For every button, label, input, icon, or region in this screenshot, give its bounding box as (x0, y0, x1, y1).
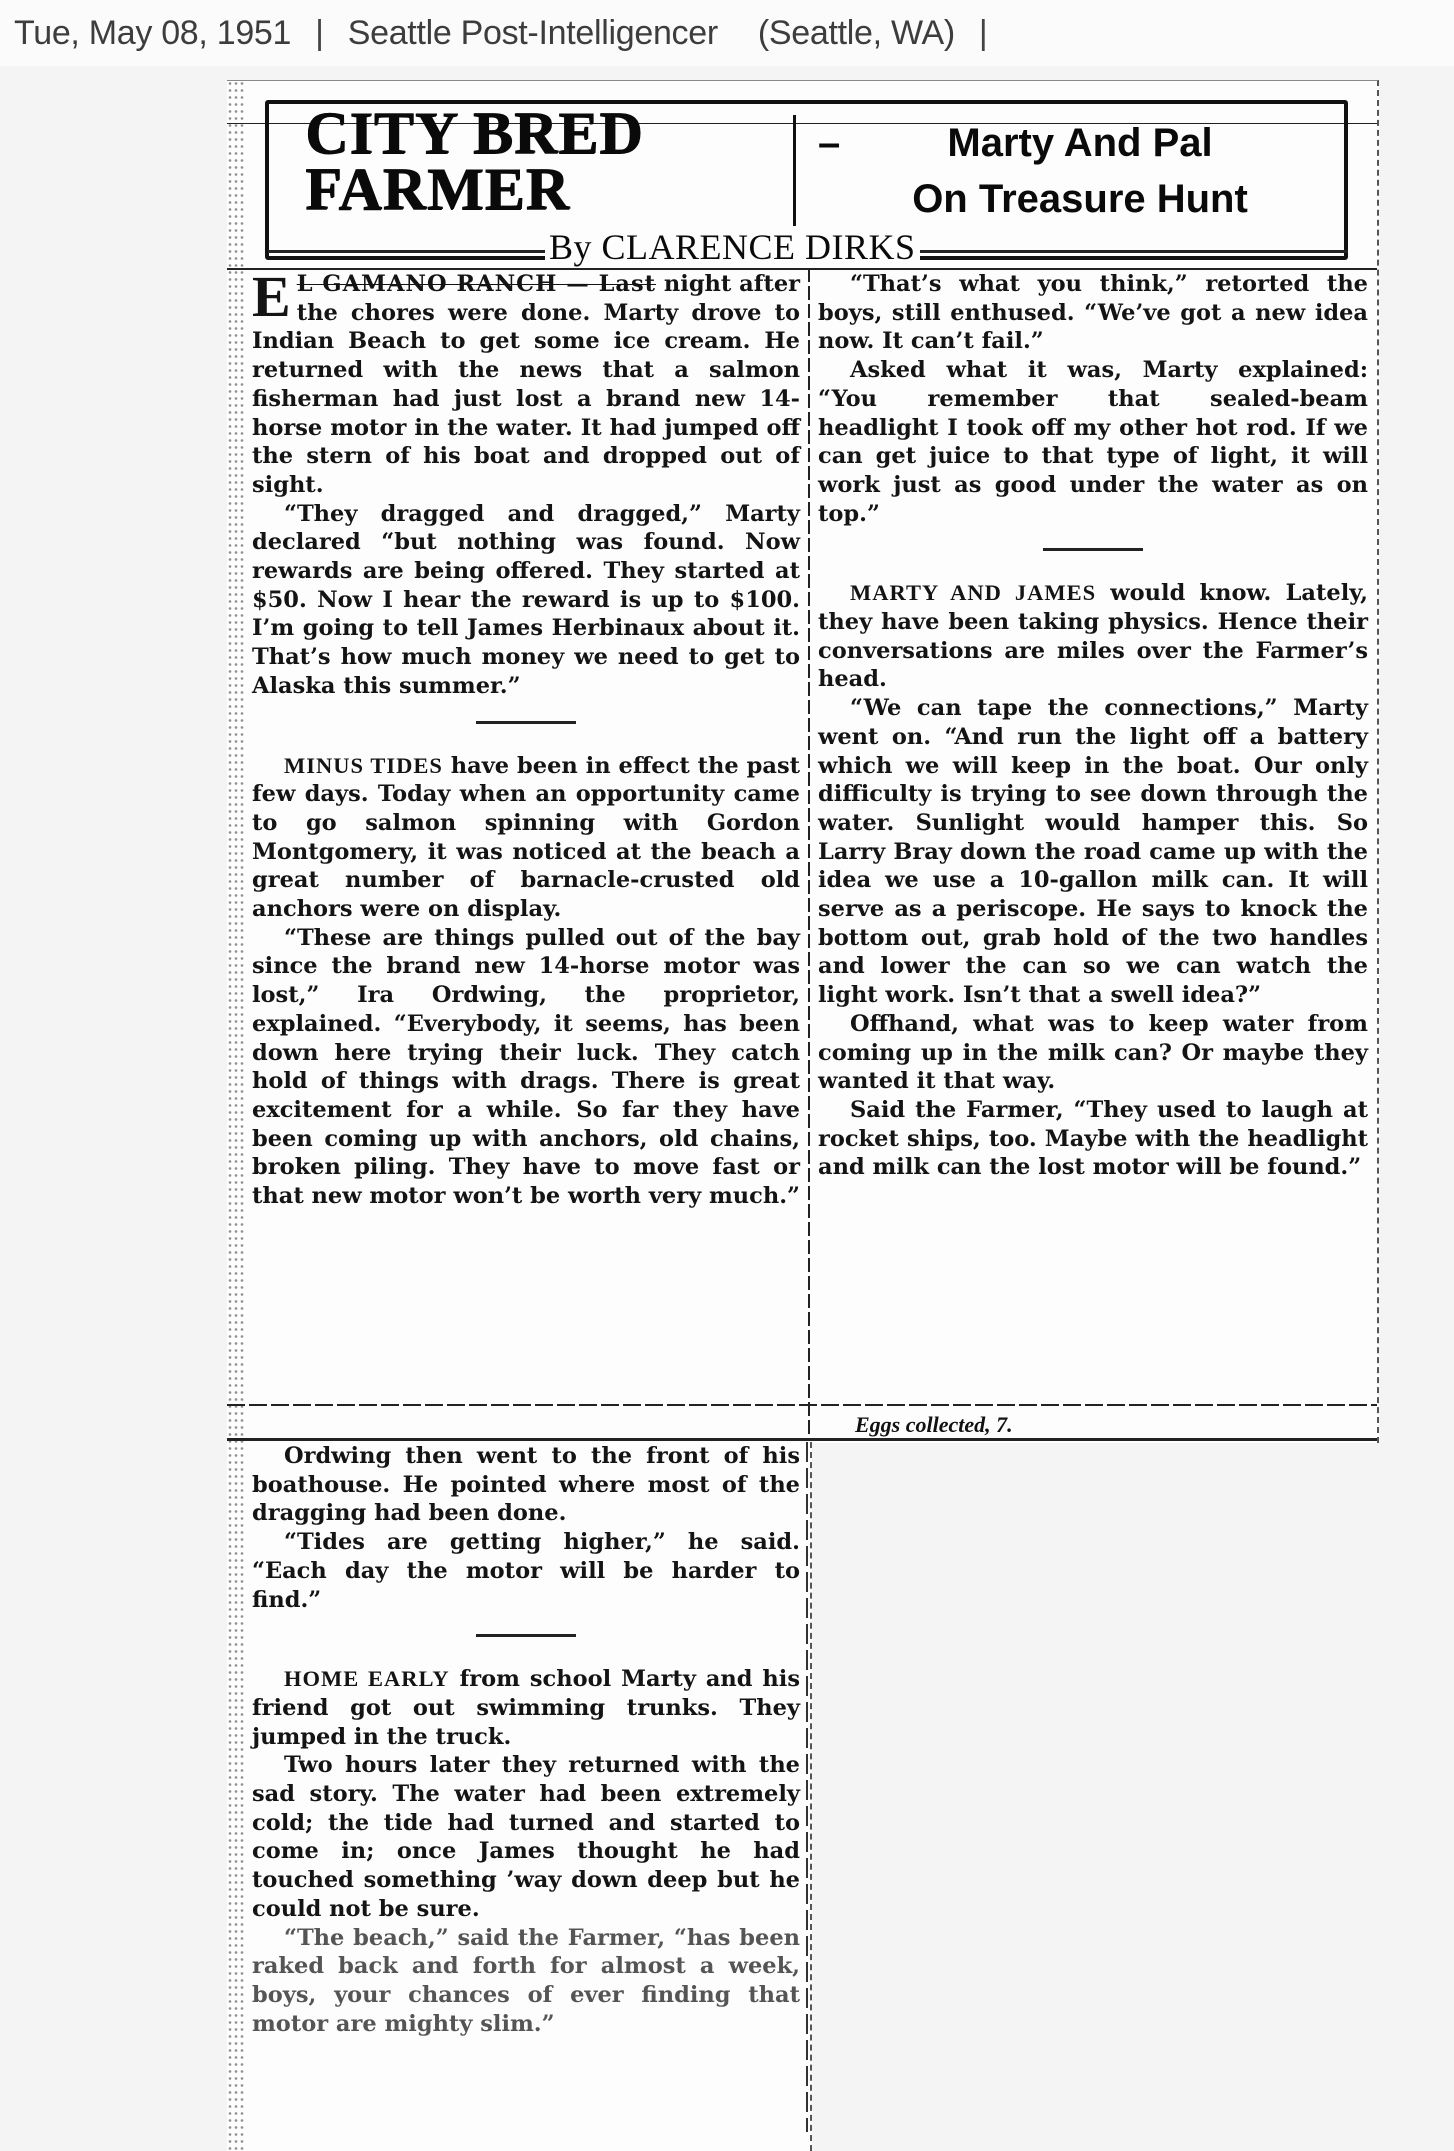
section-rule (476, 1634, 576, 1637)
column-title-line1: CITY BRED (305, 105, 785, 161)
headline-dash: – (818, 115, 840, 171)
clipping-fold-rule (227, 1438, 1377, 1441)
column-divider-lower (806, 1442, 808, 2132)
section-minus-tides: MINUS TIDES have been in effect the past… (252, 752, 800, 924)
headline: – Marty And Pal On Treasure Hunt (830, 115, 1330, 227)
paragraph: “These are things pulled out of the bay … (252, 924, 800, 1211)
drop-cap: E (252, 272, 291, 322)
paragraph: “That’s what you think,” retorted the bo… (818, 270, 1368, 356)
publication-location: (Seattle, WA) (758, 14, 955, 53)
headline-line1: Marty And Pal (830, 115, 1330, 171)
footer-rule (227, 1404, 1377, 1406)
article-left-column: E L GAMANO RANCH — Last night after the … (252, 270, 800, 1211)
paragraph: “The beach,” said the Farmer, “has been … (252, 1924, 800, 2039)
paragraph: Ordwing then went to the front of his bo… (252, 1442, 800, 1528)
section-marty-and-james: MARTY AND JAMES would know. Lately, they… (818, 579, 1368, 694)
paragraph: Asked what it was, Marty explained: “You… (818, 356, 1368, 528)
citation-bar: Tue, May 08, 1951 | Seattle Post-Intelli… (0, 0, 1454, 66)
column-divider (808, 268, 810, 1438)
separator: | (979, 14, 988, 53)
publication-date: Tue, May 08, 1951 (14, 14, 291, 53)
dateline: L GAMANO RANCH — Last (297, 271, 656, 297)
paragraph: “They dragged and dragged,” Marty declar… (252, 500, 800, 701)
scan-noise-edge (227, 80, 245, 2151)
section-kicker: MINUS TIDES (284, 753, 443, 778)
eggs-collected-note: Eggs collected, 7. (855, 1412, 1013, 1438)
paragraph: “We can tape the connections,” Marty wen… (818, 694, 1368, 1010)
article-right-column: “That’s what you think,” retorted the bo… (818, 270, 1368, 1182)
section-rule (1043, 548, 1143, 551)
byline: By CLARENCE DIRKS (545, 226, 920, 268)
masthead-divider (793, 115, 796, 235)
section-kicker: MARTY AND JAMES (850, 580, 1096, 605)
column-title-line2: FARMER (305, 161, 785, 217)
paragraph: night after the chores were done. Marty … (252, 271, 800, 498)
paragraph: Offhand, what was to keep water from com… (818, 1010, 1368, 1096)
paragraph: Two hours later they returned with the s… (252, 1751, 800, 1923)
paragraph: “Tides are getting higher,” he said. “Ea… (252, 1528, 800, 1614)
headline-line2: On Treasure Hunt (830, 171, 1330, 227)
section-kicker: HOME EARLY (284, 1666, 450, 1691)
publication-name: Seattle Post-Intelligencer (348, 14, 718, 53)
article-left-column-continued: Ordwing then went to the front of his bo… (252, 1442, 800, 2038)
section-rule (476, 721, 576, 724)
paragraph: Said the Farmer, “They used to laugh at … (818, 1096, 1368, 1182)
column-title: CITY BRED FARMER (305, 105, 785, 217)
section-home-early: HOME EARLY from school Marty and his fri… (252, 1665, 800, 1751)
separator: | (315, 14, 324, 53)
